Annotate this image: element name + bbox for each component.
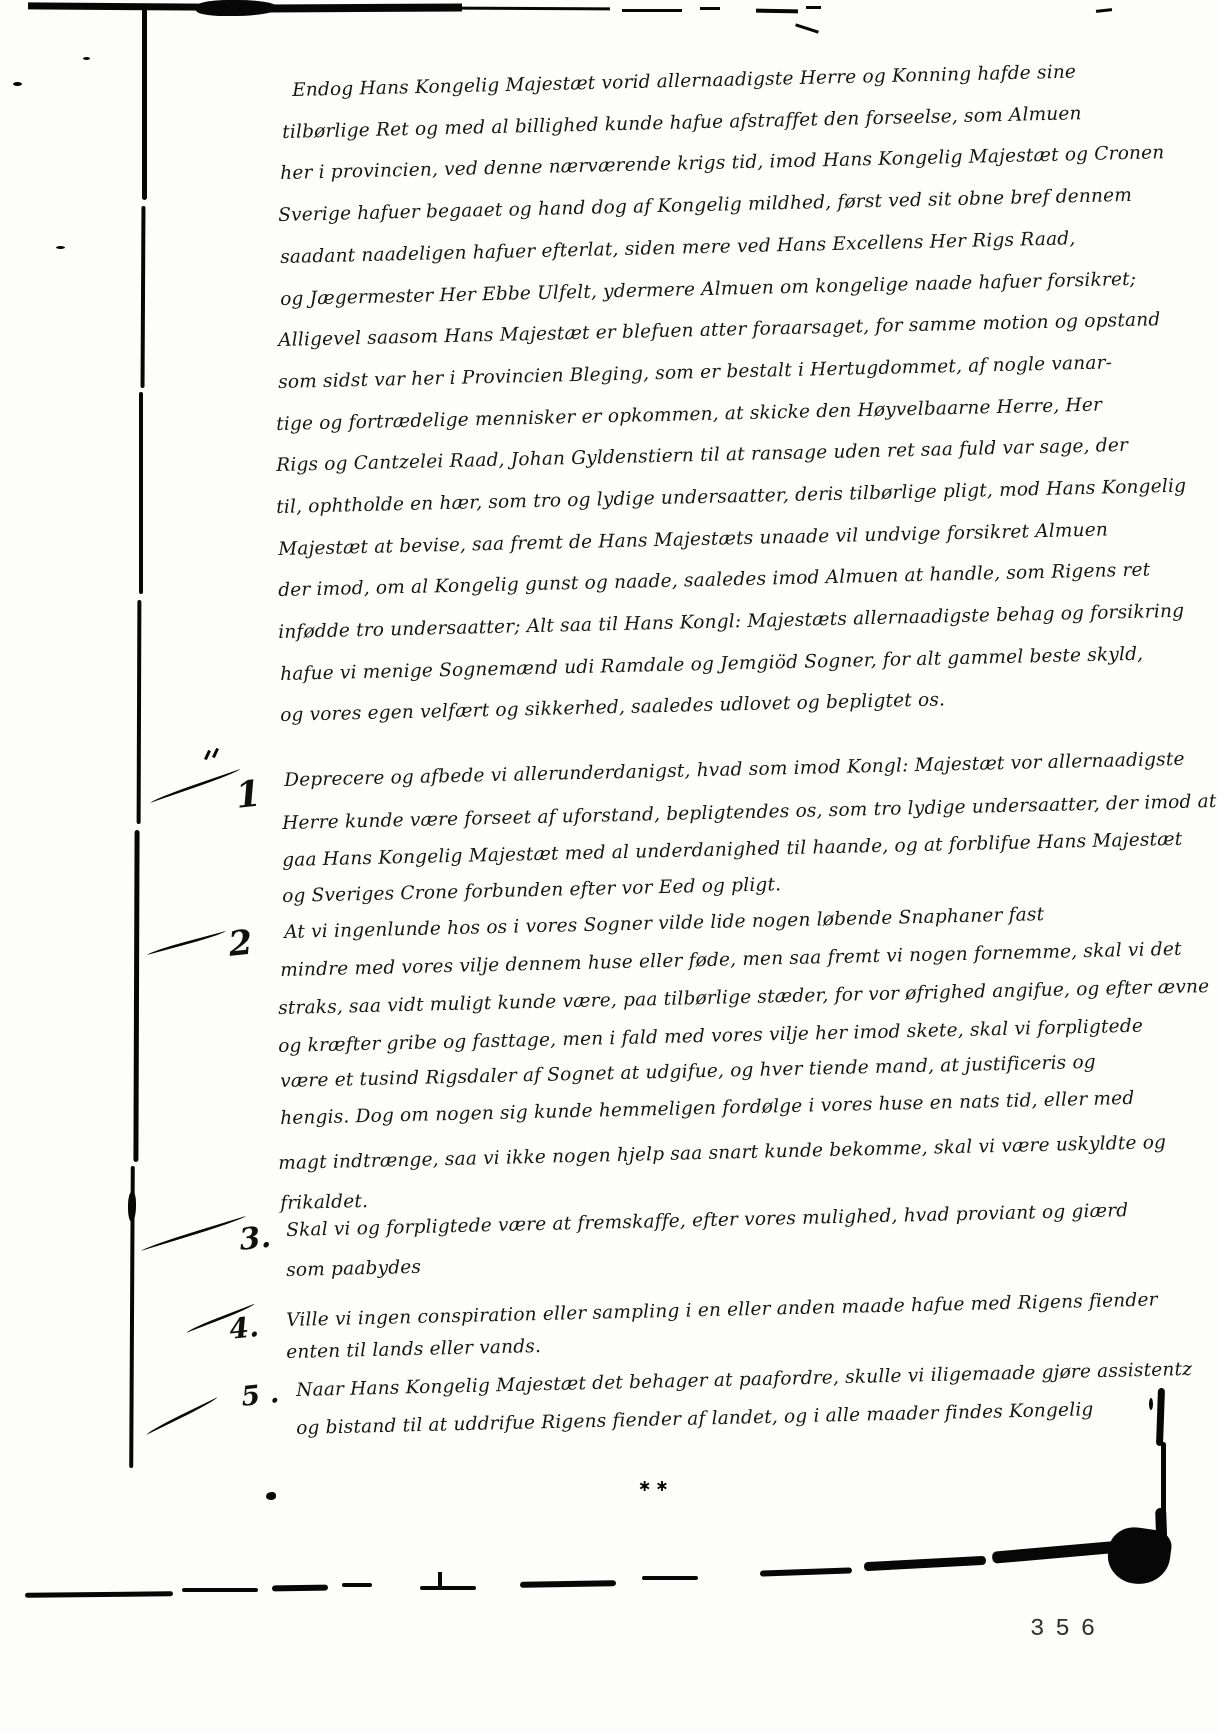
manuscript-line: gaa Hans Kongelig Majestæt med al underd… [282,831,1183,871]
scan-edge-right-segment [1156,1388,1165,1446]
scan-edge-top-knot [196,0,278,16]
article-number: 4. [228,1313,260,1344]
manuscript-line: infødde tro undersaatter; Alt saa til Ha… [278,603,1184,643]
paper-speck [83,57,90,60]
manuscript-line: Herre kunde være forseet af uforstand, b… [282,793,1217,834]
page-number: 356 [1030,1618,1106,1642]
scan-edge-left-blot [128,1192,136,1222]
bottom-smudge [992,1540,1125,1563]
manuscript-line: Deprecere og afbede vi allerunderdanigst… [284,751,1185,791]
scan-edge-left-segment [137,600,142,824]
scan-edge-top-segment [460,7,610,11]
manuscript-line: enten til lands eller vands. [286,1338,541,1363]
margin-slash-mark [147,931,227,955]
margin-slash-mark [141,1216,247,1251]
manuscript-line: her i provincien, ved denne nærværende k… [280,144,1165,183]
bottom-smudge [520,1580,616,1588]
bottom-smudge [420,1586,476,1590]
manuscript-line: hengis. Dog om nogen sig kunde hemmelige… [280,1090,1135,1129]
bottom-smudge [272,1585,328,1592]
margin-tick-mark [212,748,219,758]
manuscript-line: som paabydes [286,1259,421,1281]
manuscript-line: og Jægermester Her Ebbe Ulfelt, ydermere… [280,271,1136,310]
margin-slash-mark [150,769,242,803]
bottom-smudge [760,1567,852,1576]
bottom-smudge [438,1572,442,1589]
scan-edge-right-segment [1155,1508,1168,1560]
manuscript-line: som sidst var her i Provincien Bleging, … [278,354,1112,392]
manuscript-line: og vores egen velfært og sikkerhed, saal… [280,691,945,725]
manuscript-line: magt indtrænge, saa vi ikke nogen hjelp … [278,1134,1166,1173]
footnote-mark: ∗∗ [638,1478,673,1494]
manuscript-line: Rigs og Cantzelei Raad, Johan Gyldenstie… [276,437,1128,476]
margin-tick-mark [204,750,211,760]
article-number: 1 [234,775,263,813]
bottom-smudge [342,1583,372,1587]
margin-slash-mark [145,1397,218,1435]
manuscript-line: Naar Hans Kongelig Majestæt det behager … [296,1361,1192,1401]
scan-edge-top-segment [270,3,462,12]
paper-speck [806,6,821,9]
article-number: 3. [238,1223,272,1256]
paper-speck [56,246,65,249]
manuscript-line: og bistand til at uddrifue Rigens fiende… [296,1401,1094,1438]
scan-edge-left-segment [139,392,143,594]
scan-edge-right-segment [1161,1442,1166,1514]
scan-edge-top-segment [622,9,682,12]
manuscript-line: og kræfter gribe og fasttage, men i fald… [278,1018,1143,1057]
ink-blot [266,1492,276,1500]
paper-speck [1149,1398,1153,1410]
scan-edge-left-segment [133,830,139,1162]
manuscript-line: straks, saa vidt muligt kunde være, paa … [278,978,1209,1018]
manuscript-line: saadant naadeligen hafuer efterlat, side… [280,230,1076,267]
manuscript-line: være et tusind Rigsdaler af Sognet at ud… [280,1054,1096,1092]
bottom-smudge [864,1556,986,1571]
manuscript-line: Skal vi og forpligtede være at fremskaff… [286,1202,1129,1240]
manuscript-line: Sverige hafuer begaaet og hand dog af Ko… [278,187,1132,226]
paper-speck [1096,8,1112,13]
manuscript-line: tige og fortrædelige mennisker er opkomm… [276,397,1102,435]
paper-speck [13,82,22,86]
scan-edge-top-segment [28,2,206,10]
manuscript-line: Alligevel saasom Hans Majestæt er blefue… [278,311,1161,350]
manuscript-line: hafue vi menige Sognemænd udi Ramdale og… [280,646,1143,685]
manuscript-line: der imod, om al Kongelig gunst og naade,… [278,561,1151,600]
scan-edge-left-segment [141,206,146,388]
manuscript-line: At vi ingenlunde hos os i vores Sogner v… [284,906,1044,942]
bottom-smudge [642,1576,698,1580]
manuscript-page: Endog Hans Kongelig Majestæt vorid aller… [0,0,1220,1734]
paper-speck [795,23,819,33]
paper-speck [756,9,798,14]
bottom-smudge [182,1588,258,1592]
manuscript-line: Ville vi ingen conspiration eller sampli… [286,1291,1158,1330]
manuscript-line: tilbørlige Ret og med al billighed kunde… [282,105,1082,142]
bottom-smudge [25,1591,173,1598]
manuscript-line: mindre med vores vilje dennem huse eller… [280,941,1182,981]
manuscript-line: til, ophtholde en hær, som tro og lydige… [276,478,1186,518]
paper-speck [700,7,720,10]
article-number: 2 [227,926,254,962]
manuscript-line: frikaldet. [280,1193,368,1214]
manuscript-line: Endog Hans Kongelig Majestæt vorid aller… [292,64,1076,101]
manuscript-line: og Sveriges Crone forbunden efter vor Ee… [282,876,781,906]
scan-edge-left-segment [142,8,147,200]
article-number: 5 . [240,1380,280,1411]
manuscript-line: Majestæt at bevise, saa fremt de Hans Ma… [278,521,1108,559]
